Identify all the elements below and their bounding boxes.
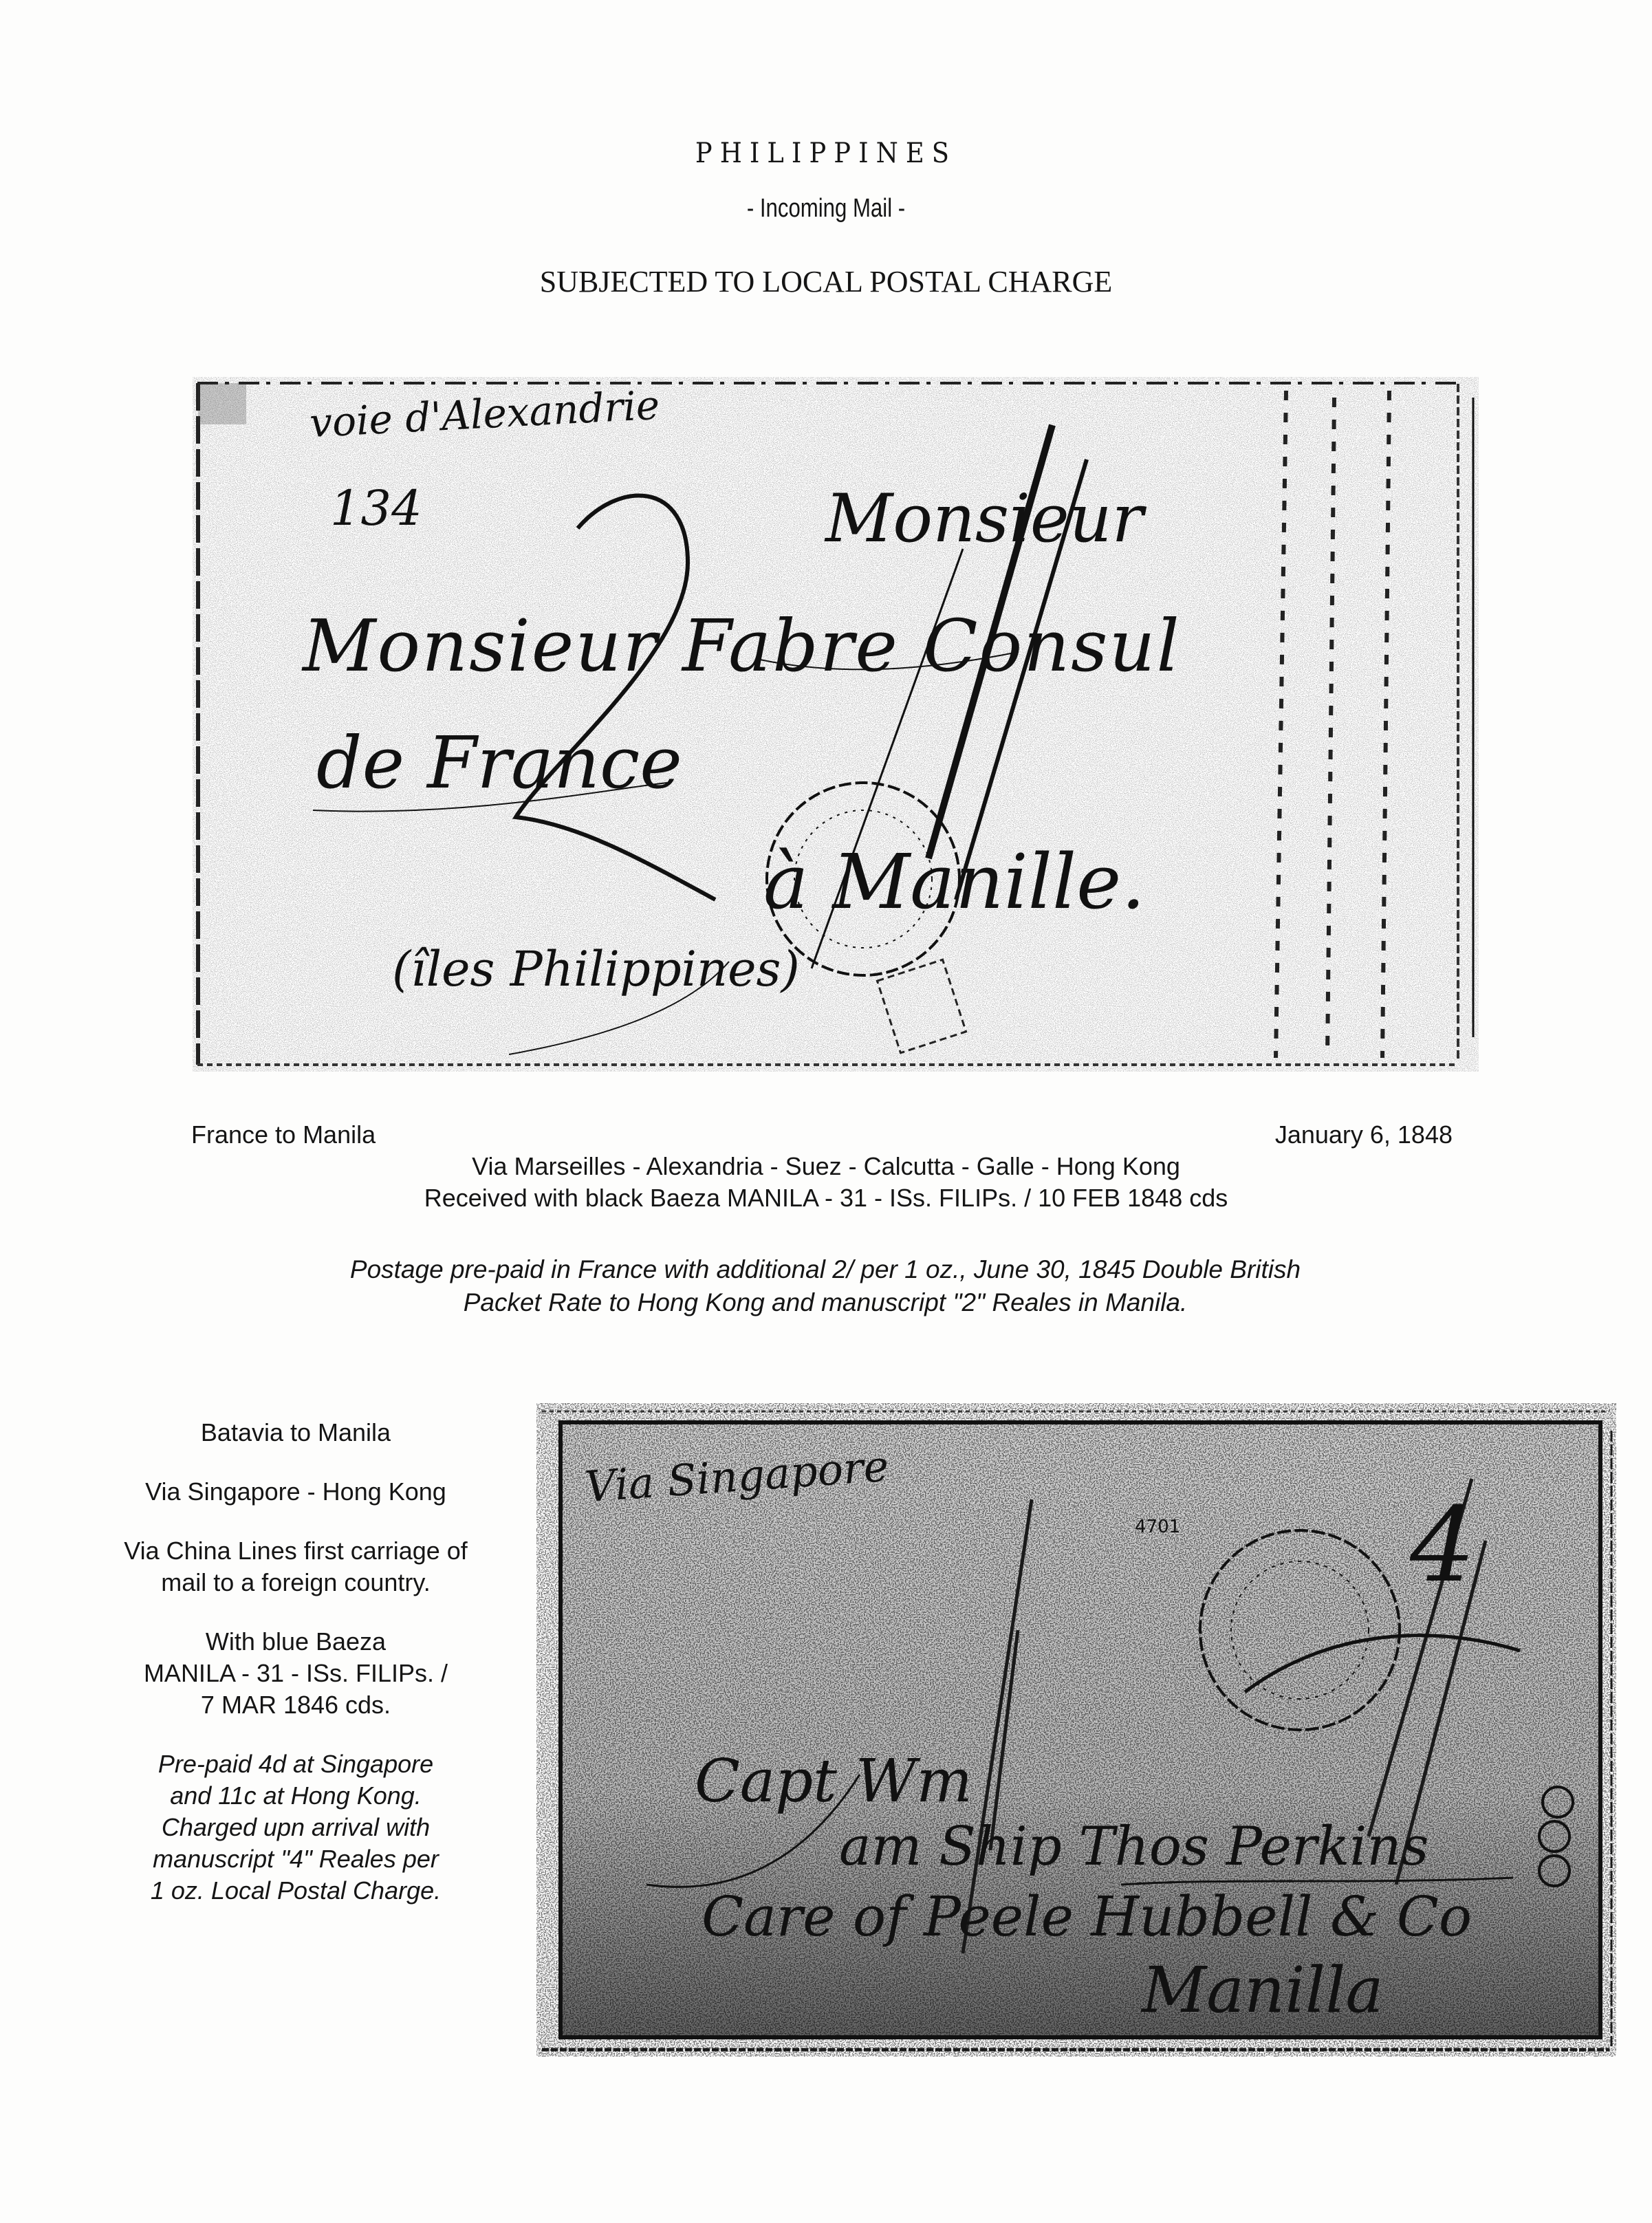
cover1-received: Received with black Baeza MANILA - 31 - …: [0, 1183, 1652, 1213]
cover2-cds-line1: With blue Baeza: [55, 1626, 536, 1658]
handwriting-address-line3: Care of Peele Hubbell & Co: [702, 1885, 1472, 1949]
cover2-cds-line3: 7 MAR 1846 cds.: [55, 1689, 536, 1721]
cover2-note-line4: manuscript "4" Reales per: [55, 1843, 536, 1875]
handwriting-address-france: de France: [316, 721, 682, 805]
exhibit-page: PHILIPPINES - Incoming Mail - SUBJECTED …: [0, 0, 1652, 2223]
handwriting-address-line1: Capt Wm: [695, 1747, 972, 1816]
handwriting-address-line2: am Ship Thos Perkins: [839, 1816, 1429, 1878]
handwriting-ref-number: 4701: [1135, 1517, 1180, 1537]
cover2-rate-note: Pre-paid 4d at Singapore and 11c at Hong…: [55, 1748, 536, 1907]
handwriting-address-country: (îles Philippines): [392, 941, 800, 997]
cover2-note-line3: Charged upn arrival with: [55, 1812, 536, 1843]
cover2-note-line1: Pre-paid 4d at Singapore: [55, 1748, 536, 1780]
cover1-route: Via Marseilles - Alexandria - Suez - Cal…: [0, 1151, 1652, 1182]
handwriting-address-name: Monsieur Fabre Consul: [303, 604, 1181, 688]
handwriting-rate-mark: 134: [330, 480, 422, 536]
handwriting-charge-mark: 4: [1410, 1486, 1475, 1605]
cover2-note-line2: and 11c at Hong Kong.: [55, 1780, 536, 1812]
cover1-date: January 6, 1848: [1275, 1120, 1453, 1150]
handwriting-address-line4: Manilla: [1142, 1953, 1383, 2027]
cover2-note-line5: 1 oz. Local Postal Charge.: [55, 1875, 536, 1907]
cover1-rate-note: Postage pre-paid in France with addition…: [172, 1253, 1479, 1319]
cover1-rate-note-line1: Postage pre-paid in France with addition…: [172, 1253, 1479, 1286]
page-subtitle: - Incoming Mail -: [149, 194, 1503, 224]
cover1-origin: France to Manila: [191, 1120, 376, 1150]
cover2-route: Via Singapore - Hong Kong: [55, 1476, 536, 1508]
cover2-carriage: Via China Lines first carriage of mail t…: [55, 1535, 536, 1598]
cover1-rate-note-line2: Packet Rate to Hong Kong and manuscript …: [172, 1286, 1479, 1319]
cover2-carriage-line1: Via China Lines first carriage of: [55, 1535, 536, 1567]
handwriting-address-monsieur: Monsieur: [825, 480, 1143, 557]
handwriting-address-city: à Manille.: [763, 838, 1145, 926]
cover2-description: Batavia to Manila Via Singapore - Hong K…: [55, 1417, 536, 1934]
cover2-cds-line2: MANILA - 31 - ISs. FILIPs. /: [55, 1658, 536, 1689]
section-heading: SUBJECTED TO LOCAL POSTAL CHARGE: [0, 264, 1652, 299]
cover2-carriage-line2: mail to a foreign country.: [55, 1567, 536, 1598]
page-title: PHILIPPINES: [66, 138, 1586, 169]
cover2-origin: Batavia to Manila: [55, 1417, 536, 1449]
cover-image-batavia-manila: Via Singapore 4701 4 Capt Wm am Ship Tho…: [536, 1403, 1616, 2057]
cover-image-france-manila: voie d'Alexandrie 134 Monsieur Monsieur …: [193, 377, 1479, 1072]
cover2-cds: With blue Baeza MANILA - 31 - ISs. FILIP…: [55, 1626, 536, 1721]
